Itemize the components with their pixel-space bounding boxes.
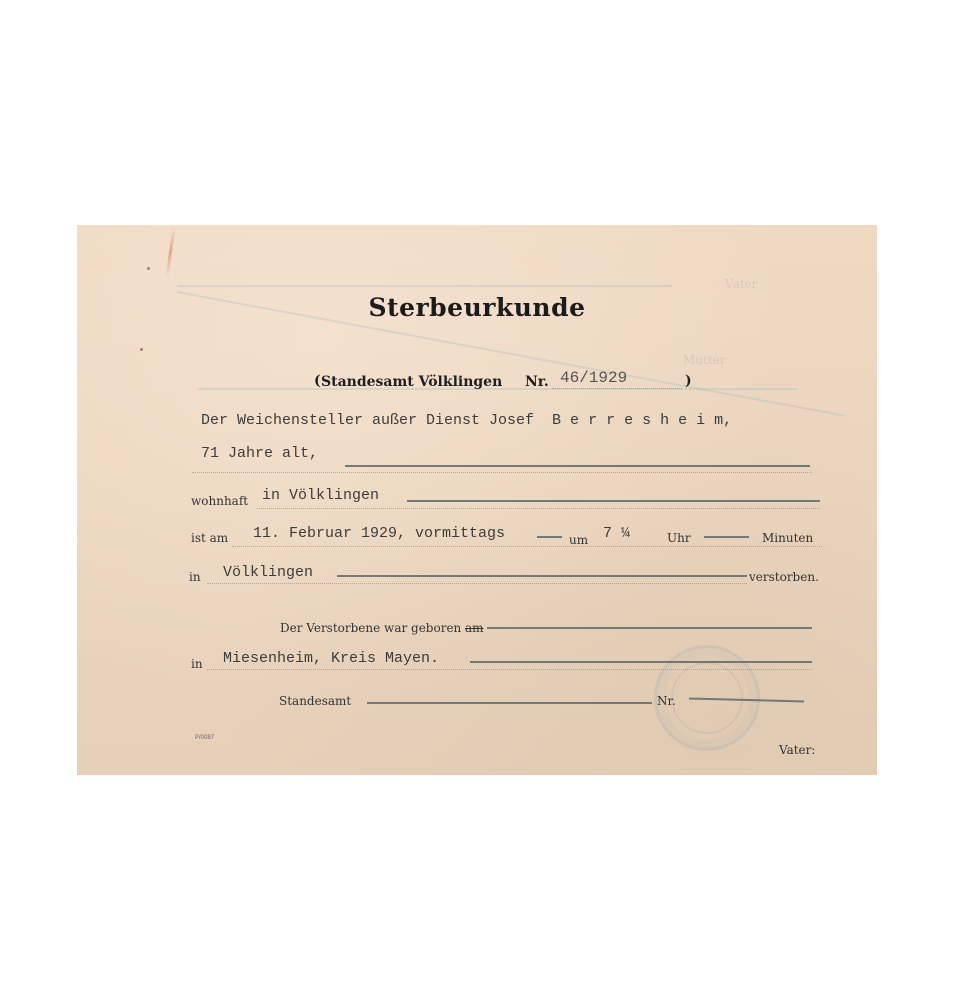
- birth-label: Der Verstorbene war geboren: [280, 621, 461, 635]
- residence-value: in Völklingen: [262, 487, 379, 504]
- death-place-in-label: in: [189, 570, 201, 584]
- death-time-minuten-label: Minuten: [762, 531, 813, 545]
- registry-open-paren: (: [314, 373, 321, 389]
- birth-office-fill-line: [367, 702, 652, 704]
- birth-place-fill-line: [470, 661, 812, 663]
- birth-struck-am: am: [465, 621, 484, 635]
- death-date-label: ist am: [191, 531, 228, 545]
- paper-stain: [166, 227, 176, 277]
- residence-label: wohnhaft: [191, 494, 248, 508]
- registry-number-dotted-line: [552, 388, 682, 389]
- deceased-age-line: 71 Jahre alt,: [201, 445, 318, 462]
- document-title: Sterbeurkunde: [77, 293, 877, 322]
- birth-place-value: Miesenheim, Kreis Mayen.: [223, 650, 439, 667]
- death-certificate-sheet: Vater Mutter Sterbeurkunde ( Standesamt …: [77, 225, 877, 775]
- death-minutes-dash: [704, 536, 749, 538]
- paper-speck: [140, 348, 143, 351]
- death-place-value: Völklingen: [223, 564, 313, 581]
- birth-number-label: Nr.: [657, 694, 676, 708]
- bleed-through-text: Vater: [725, 277, 757, 291]
- death-date-dash: [537, 536, 562, 538]
- bleed-through-text: Mutter: [683, 353, 726, 367]
- father-label: Vater:: [779, 743, 815, 757]
- paper-speck: [147, 267, 150, 270]
- registry-number-value: 46/1929: [560, 369, 627, 387]
- registry-close-paren: ): [685, 373, 692, 389]
- print-form-code: P/0087: [195, 735, 214, 741]
- deceased-description-line-1: Der Weichensteller außer Dienst Josef B …: [201, 412, 732, 429]
- registry-office-label: Standesamt Völklingen: [321, 374, 502, 390]
- residence-fill-line: [407, 500, 820, 502]
- death-place-fill-line: [337, 575, 747, 577]
- bleed-through-line: [177, 285, 672, 287]
- deceased-dotted-line: [192, 472, 812, 473]
- deceased-age-fill-line: [345, 465, 810, 467]
- death-hour-value: 7 ¼: [603, 525, 630, 542]
- birth-place-dotted-line: [207, 669, 812, 670]
- registry-number-label: Nr.: [525, 374, 549, 390]
- birth-place-in-label: in: [191, 657, 203, 671]
- death-date-dotted-line: [232, 546, 822, 547]
- death-verstorben-label: verstorben.: [749, 570, 819, 584]
- death-date-value: 11. Februar 1929, vormittags: [253, 525, 505, 542]
- residence-dotted-line: [257, 508, 820, 509]
- death-place-dotted-line: [207, 583, 747, 584]
- death-time-um-label: um: [569, 533, 588, 547]
- death-time-uhr-label: Uhr: [667, 531, 691, 545]
- birth-office-label: Standesamt: [279, 694, 351, 708]
- birth-date-fill-line: [487, 627, 812, 629]
